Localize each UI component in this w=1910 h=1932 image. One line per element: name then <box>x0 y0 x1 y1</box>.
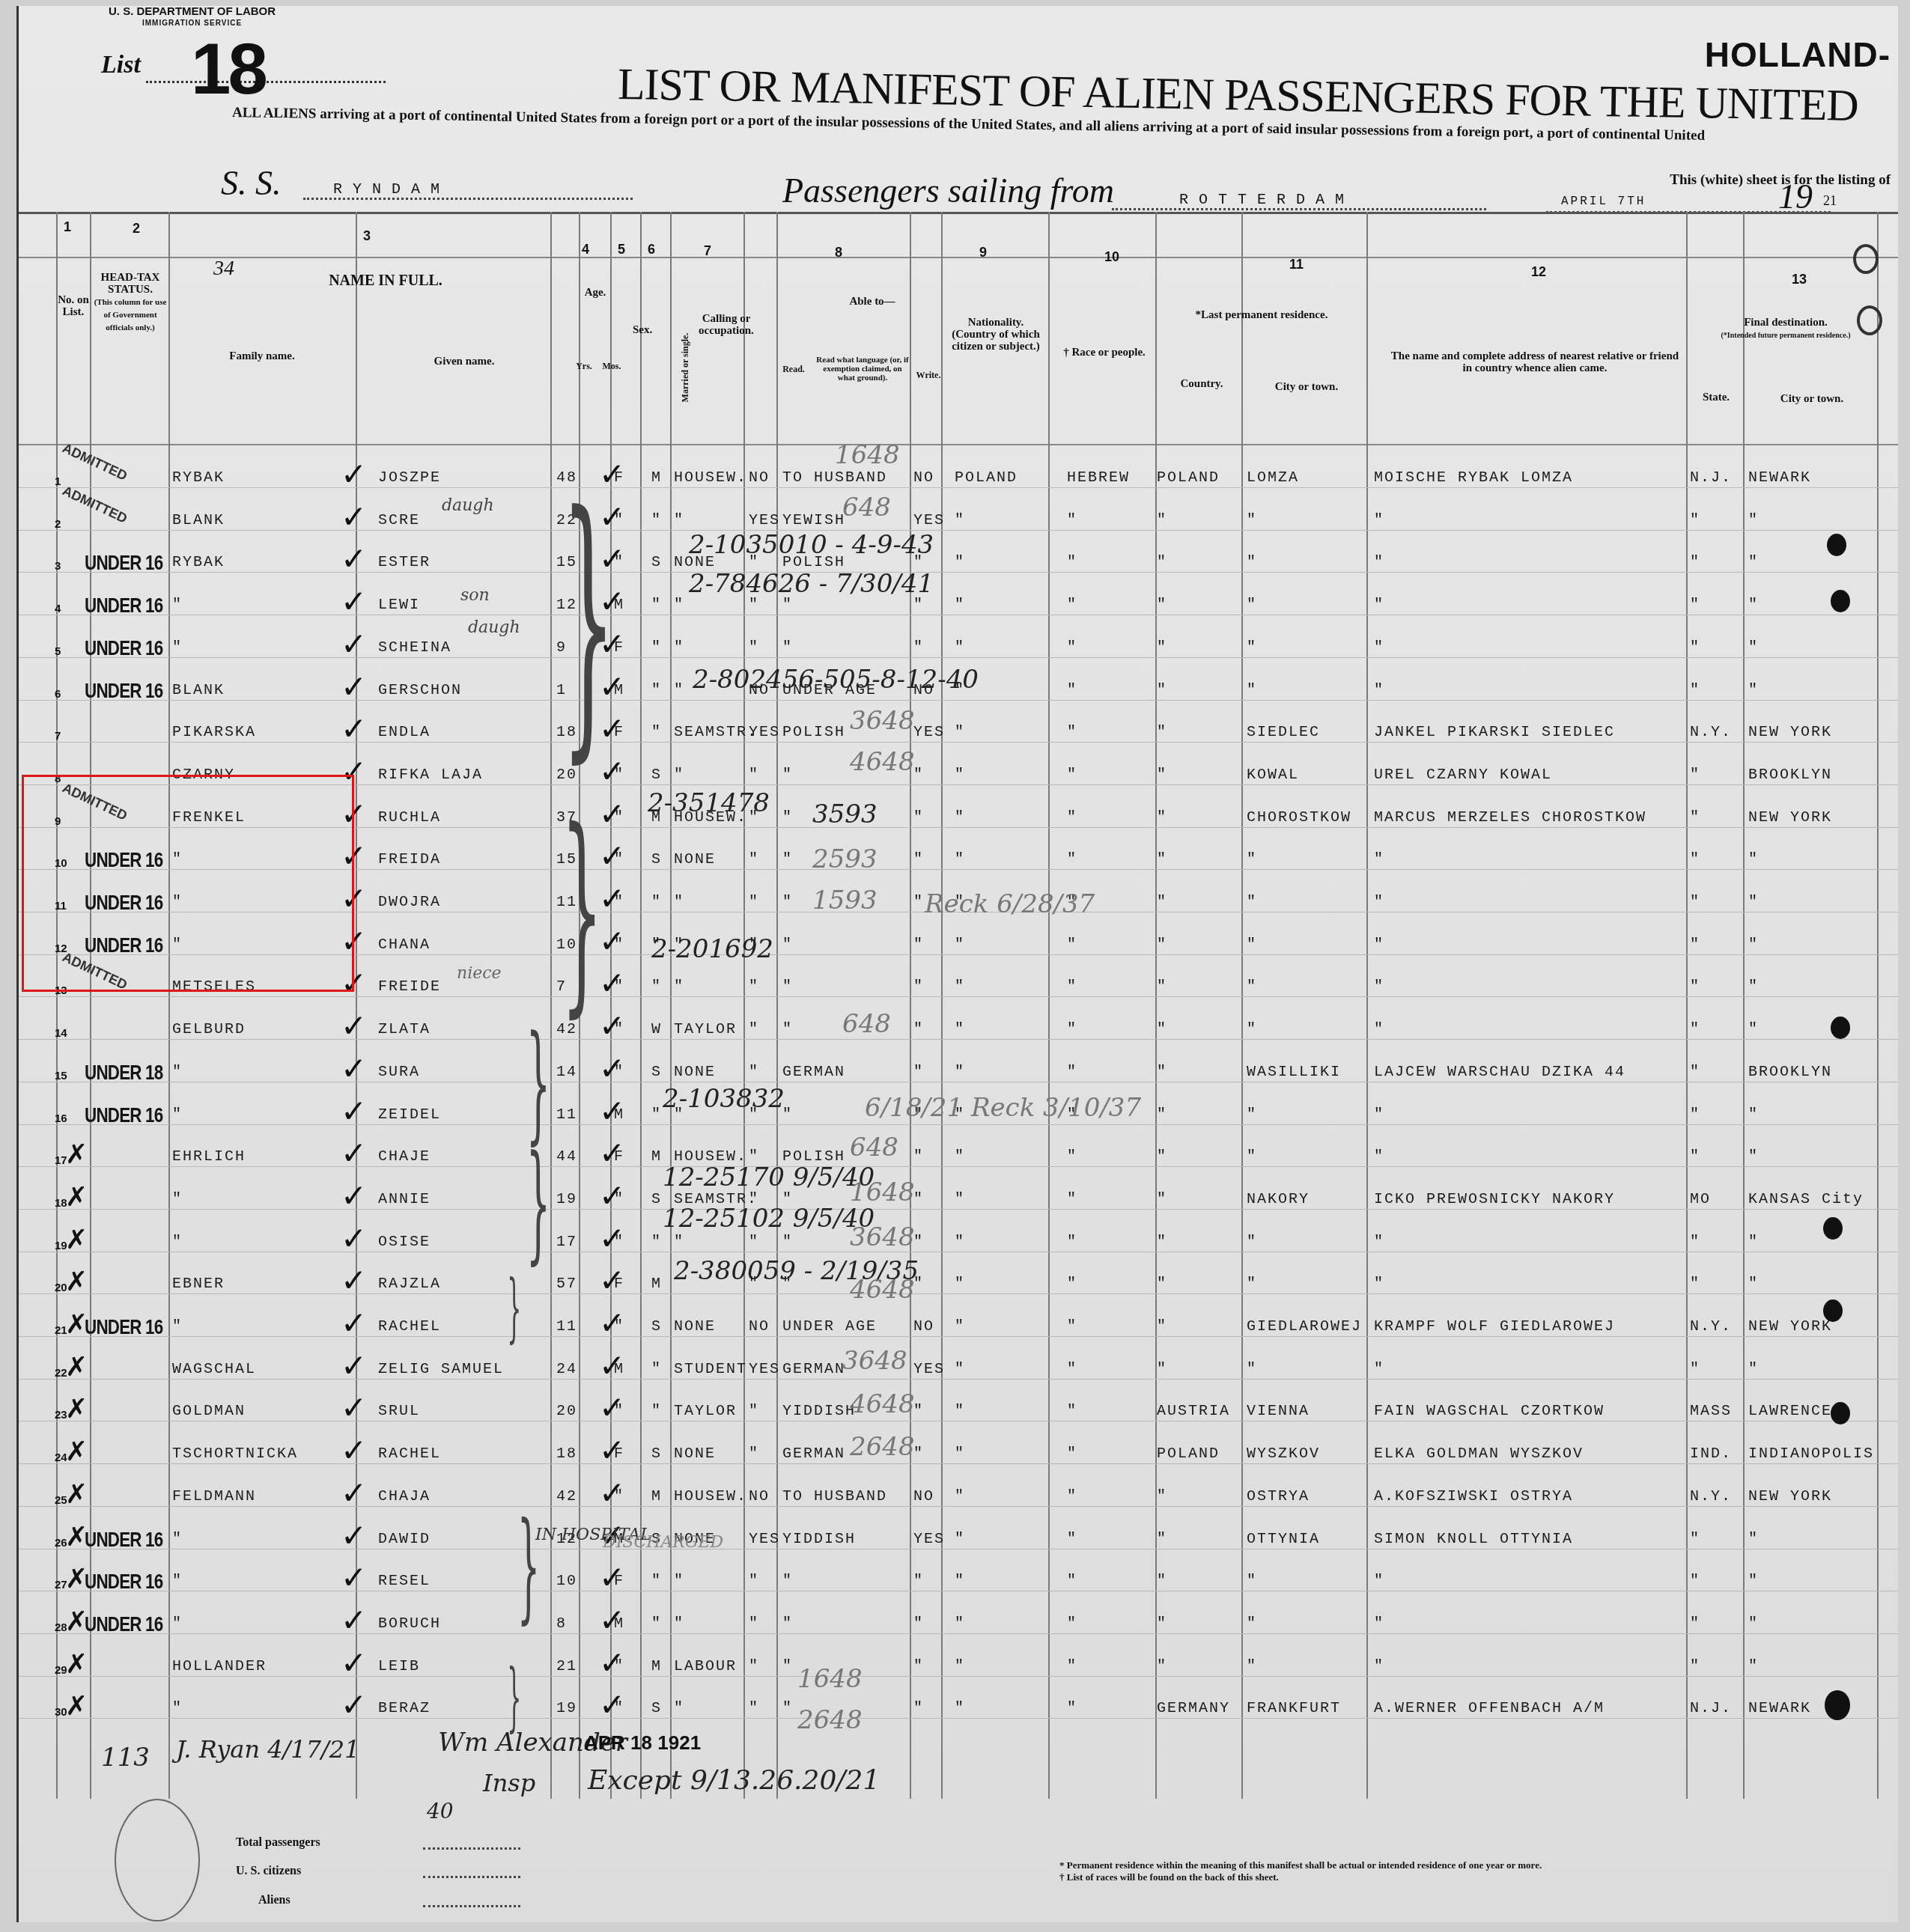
cell-family: " <box>172 1700 183 1717</box>
head-tax-status: UNDER 16 <box>85 636 162 660</box>
handwritten-annotation: 2648 <box>797 1705 863 1735</box>
head-tax-status: UNDER 16 <box>85 1570 162 1594</box>
cell-nat: " <box>955 1021 965 1038</box>
header-bottom-rule <box>19 444 1898 445</box>
header-residence-country: Country. <box>1168 378 1235 390</box>
cell-nat: " <box>955 1234 965 1251</box>
cell-lang: GERMAN <box>782 1445 845 1463</box>
cell-state: N.Y. <box>1690 724 1732 741</box>
cell-write: " <box>913 1234 924 1251</box>
cell-ms: M <box>651 1658 662 1675</box>
cell-relative: KRAMPF WOLF GIEDLAROWEJ <box>1374 1318 1615 1335</box>
cell-dest: " <box>1748 554 1759 571</box>
cell-state: MASS <box>1690 1403 1732 1420</box>
cell-given: CHANA <box>378 936 431 954</box>
cell-nat: " <box>955 1148 965 1165</box>
header-head-tax: HEAD-TAX STATUS. (This column for use of… <box>94 272 167 334</box>
cell-country: " <box>1157 1531 1167 1548</box>
cell-write: " <box>913 851 924 868</box>
cell-race: " <box>1067 1573 1077 1590</box>
cross-mark-icon: ✗ <box>65 1182 88 1213</box>
row-rule <box>19 615 1898 615</box>
final-destination-note: (*Intended future permanent residence.) <box>1721 332 1851 340</box>
cell-ms: " <box>651 1234 662 1251</box>
cell-given: BORUCH <box>378 1615 441 1633</box>
cell-sex: " <box>614 1403 624 1420</box>
sailing-label: Passengers sailing from <box>782 171 1114 210</box>
cell-relative: " <box>1374 851 1384 868</box>
cell-dest: " <box>1748 597 1759 614</box>
cell-country: " <box>1157 936 1167 954</box>
cell-country: AUSTRIA <box>1157 1403 1230 1420</box>
handwritten-annotation: 3648 <box>842 1346 907 1376</box>
ship-line: S. S. RYNDAM Passengers sailing from ROT… <box>333 163 1891 208</box>
row-number: 4 <box>55 603 61 615</box>
cell-nat: " <box>955 1615 965 1633</box>
cell-nat: " <box>955 597 965 614</box>
checkmark-icon: ✓ <box>341 1093 367 1130</box>
row-number: 6 <box>55 688 61 701</box>
cell-age: 10 <box>556 1573 577 1590</box>
cell-city: LOMZA <box>1247 469 1299 487</box>
cell-read: YES <box>749 512 780 529</box>
cell-dest: NEW YORK <box>1748 1488 1832 1505</box>
cell-family: " <box>172 1615 183 1633</box>
header-yrs: Yrs. <box>569 360 599 372</box>
cell-relative: FAIN WAGSCHAL CZORTKOW <box>1374 1403 1605 1420</box>
col-divider <box>1241 212 1243 1799</box>
cell-occ: TAYLOR <box>674 1403 737 1420</box>
cell-given: OSISE <box>378 1234 431 1251</box>
cell-nat: " <box>955 639 965 656</box>
cell-city: " <box>1247 1276 1257 1293</box>
head-tax-status: UNDER 16 <box>85 679 162 703</box>
cell-ms: S <box>651 1445 662 1463</box>
us-citizens-line <box>423 1876 520 1878</box>
row-number: 5 <box>55 645 61 658</box>
cell-write: " <box>913 639 924 656</box>
cell-state: " <box>1690 554 1700 571</box>
punch-hole-icon <box>1831 1402 1850 1424</box>
cell-city: " <box>1247 682 1257 699</box>
row-rule <box>19 1591 1898 1591</box>
checkmark-icon: ✓ <box>341 710 367 747</box>
checkmark-icon: ✓ <box>341 1602 367 1639</box>
cell-relative: MOISCHE RYBAK LOMZA <box>1374 469 1573 487</box>
cross-mark-icon: ✗ <box>65 1352 88 1383</box>
cell-race: " <box>1067 1148 1077 1165</box>
cell-occ: " <box>674 1234 684 1251</box>
cell-country: " <box>1157 851 1167 868</box>
cell-lang: UNDER AGE <box>782 1318 877 1335</box>
checkmark-icon: ✓ <box>341 1432 367 1469</box>
cell-race: " <box>1067 978 1077 996</box>
cell-city: " <box>1247 1234 1257 1251</box>
checkmark-icon: ✓ <box>341 626 367 662</box>
cell-relative: " <box>1374 894 1384 911</box>
checkmark-icon: ✓ <box>341 1686 367 1723</box>
cell-age: 8 <box>556 1615 567 1633</box>
cell-dest: " <box>1748 1276 1759 1293</box>
cell-write: NO <box>913 469 934 487</box>
cell-state: " <box>1690 1658 1700 1675</box>
cell-nat: " <box>955 767 965 784</box>
header-age: Age. <box>577 287 614 299</box>
cell-given: RACHEL <box>378 1318 441 1335</box>
handwritten-annotation: 12-25170 9/5/40 <box>663 1162 875 1192</box>
cross-mark-icon: ✗ <box>65 1479 88 1510</box>
cell-family: BLANK <box>172 512 225 529</box>
cell-occ: LABOUR <box>674 1658 737 1675</box>
cell-race: " <box>1067 639 1077 656</box>
cell-family: RYBAK <box>172 554 225 571</box>
col-divider <box>56 212 58 1799</box>
cell-state: " <box>1690 1361 1700 1378</box>
cell-write: " <box>913 1403 924 1420</box>
cell-nat: " <box>955 1361 965 1378</box>
cell-country: " <box>1157 1021 1167 1038</box>
handwritten-annotation: 1648 <box>835 440 900 470</box>
cell-family: " <box>172 1531 183 1548</box>
column-number: 11 <box>1289 257 1304 272</box>
row-rule <box>19 1421 1898 1421</box>
cell-state: " <box>1690 1106 1700 1124</box>
cell-relative: ELKA GOLDMAN WYSZKOV <box>1374 1445 1584 1463</box>
cell-city: WYSZKOV <box>1247 1445 1320 1463</box>
cell-dest: NEW YORK <box>1748 1318 1832 1335</box>
cell-sex: " <box>614 894 624 911</box>
handwritten-note: daugh <box>442 496 494 515</box>
cell-nat: " <box>955 1700 965 1717</box>
cell-city: " <box>1247 1615 1257 1633</box>
handwritten-note: son <box>460 586 490 605</box>
cell-age: 20 <box>556 1403 577 1420</box>
cell-race: " <box>1067 767 1077 784</box>
cell-race: " <box>1067 1234 1077 1251</box>
cell-race: " <box>1067 1361 1077 1378</box>
cell-nat: " <box>955 936 965 954</box>
cell-read: " <box>749 639 759 656</box>
cell-occ: NONE <box>674 1064 716 1081</box>
cell-write: " <box>913 1573 924 1590</box>
list-dots <box>146 81 386 83</box>
cell-state: N.Y. <box>1690 1488 1732 1505</box>
cell-city: OSTRYA <box>1247 1488 1310 1505</box>
row-rule <box>19 1293 1898 1294</box>
list-label: List <box>101 51 141 79</box>
cell-dest: " <box>1748 894 1759 911</box>
cell-given: FREIDA <box>378 851 441 868</box>
cross-mark-icon: ✗ <box>65 1225 88 1255</box>
checkmark-icon: ✓ <box>341 1050 367 1087</box>
cell-country: " <box>1157 1573 1167 1590</box>
cell-occ: TAYLOR <box>674 1021 737 1038</box>
cell-race: " <box>1067 1021 1077 1038</box>
row-rule <box>19 1633 1898 1634</box>
cell-read: " <box>749 1615 759 1633</box>
cell-country: " <box>1157 1106 1167 1124</box>
cell-dest: " <box>1748 1234 1759 1251</box>
cell-nat: " <box>955 809 965 826</box>
handwritten-note: niece <box>457 964 502 983</box>
bottom-left-note: 113 <box>101 1743 150 1773</box>
cell-race: " <box>1067 597 1077 614</box>
cell-write: " <box>913 809 924 826</box>
cell-family: " <box>172 639 183 656</box>
cell-write: " <box>913 936 924 954</box>
col-divider <box>550 212 552 1799</box>
cell-read: " <box>749 894 759 911</box>
col-divider <box>910 212 911 1799</box>
cell-state: " <box>1690 1064 1700 1081</box>
cell-given: CHAJE <box>378 1148 431 1165</box>
cell-age: 19 <box>556 1191 577 1208</box>
cell-country: " <box>1157 1148 1167 1165</box>
head-tax-note: (This column for use of Government offic… <box>94 298 167 332</box>
cell-ms: " <box>651 894 662 911</box>
cell-write: " <box>913 1148 924 1165</box>
cell-relative: " <box>1374 1148 1384 1165</box>
cell-read: NO <box>749 1488 770 1505</box>
cell-state: " <box>1690 512 1700 529</box>
cell-family: " <box>172 1234 183 1251</box>
row-rule <box>19 1463 1898 1464</box>
cell-family: TSCHORTNICKA <box>172 1445 298 1463</box>
punch-hole-icon <box>1823 1299 1843 1322</box>
ss-label: S. S. <box>221 163 282 203</box>
cell-read: YES <box>749 724 780 741</box>
punch-hole-icon <box>1831 1017 1850 1039</box>
cell-nat: " <box>955 1488 965 1505</box>
cell-lang: " <box>782 1573 793 1590</box>
cell-write: " <box>913 978 924 996</box>
checkmark-icon: ✓ <box>341 1220 367 1257</box>
cell-dest: " <box>1748 978 1759 996</box>
col-divider <box>90 212 91 1799</box>
cell-sex: " <box>614 936 624 954</box>
cell-lang: " <box>782 978 793 996</box>
cell-ms: S <box>651 851 662 868</box>
head-tax-status: UNDER 16 <box>85 1103 162 1127</box>
handwritten-annotation: 6/18/21 Reck 3/10/37 <box>865 1093 1141 1123</box>
cell-country: " <box>1157 1064 1167 1081</box>
checkmark-icon: ✓ <box>341 668 367 705</box>
cell-city: " <box>1247 851 1257 868</box>
cell-occ: " <box>674 597 684 614</box>
cell-write: NO <box>913 1318 934 1335</box>
cell-occ: " <box>674 1573 684 1590</box>
cell-state: N.J. <box>1690 469 1732 487</box>
cell-occ: HOUSEW. <box>674 1488 747 1505</box>
family-brace-icon: } <box>517 1496 541 1636</box>
row-rule <box>19 1209 1898 1210</box>
cell-ms: S <box>651 554 662 571</box>
cell-given: RIFKA LAJA <box>378 767 483 784</box>
ship-name: RYNDAM <box>333 181 450 198</box>
col-divider <box>941 212 943 1799</box>
cell-write: YES <box>913 512 945 529</box>
cell-race: " <box>1067 1615 1077 1633</box>
cell-age: 21 <box>556 1658 577 1675</box>
row-rule <box>19 1676 1898 1677</box>
cell-occ: NONE <box>674 1318 716 1335</box>
cell-family: PIKARSKA <box>172 724 256 741</box>
line-name: HOLLAND- <box>1705 34 1891 75</box>
cell-race: " <box>1067 851 1077 868</box>
header-name-in-full: NAME IN FULL. <box>273 275 498 287</box>
cell-given: RUCHLA <box>378 809 441 826</box>
cross-mark-icon: ✗ <box>65 1436 88 1467</box>
cell-ms: M <box>651 1148 662 1165</box>
cell-nat: " <box>955 1658 965 1675</box>
cell-read: YES <box>749 1361 780 1378</box>
name-count: 34 <box>213 257 234 281</box>
cell-given: BERAZ <box>378 1700 431 1717</box>
handwritten-annotation: 2-201692 <box>651 934 773 964</box>
cell-relative: " <box>1374 512 1384 529</box>
cell-read: NO <box>749 1318 770 1335</box>
row-rule <box>19 572 1898 573</box>
row-number: 15 <box>55 1070 67 1082</box>
cell-relative: " <box>1374 1276 1384 1293</box>
cell-state: " <box>1690 1573 1700 1590</box>
cell-nat: " <box>955 1445 965 1463</box>
cell-given: ZELIG SAMUEL <box>378 1361 504 1378</box>
cell-race: " <box>1067 1658 1077 1675</box>
cell-state: " <box>1690 1021 1700 1038</box>
cell-race: " <box>1067 1064 1077 1081</box>
cell-sex: " <box>614 1191 624 1208</box>
cell-city: " <box>1247 1658 1257 1675</box>
family-brace-icon: } <box>562 455 616 787</box>
header-residence-city: City or town. <box>1254 381 1359 393</box>
row-rule <box>19 1506 1898 1507</box>
cell-write: " <box>913 1021 924 1038</box>
col-divider <box>1743 212 1745 1799</box>
cell-family: GOLDMAN <box>172 1403 246 1420</box>
cell-family: " <box>172 1106 183 1124</box>
family-brace-icon: } <box>526 1129 550 1277</box>
row-rule <box>19 742 1898 743</box>
cell-nat: " <box>955 1064 965 1081</box>
checkmark-icon: ✓ <box>341 1135 367 1171</box>
cell-ms: W <box>651 1021 662 1038</box>
cell-family: " <box>172 597 183 614</box>
cell-lang: " <box>782 1615 793 1633</box>
cell-occ: " <box>674 1615 684 1633</box>
cell-race: " <box>1067 809 1077 826</box>
cell-dest: KANSAS City <box>1748 1191 1864 1208</box>
col-divider <box>1048 212 1050 1799</box>
cell-sex: " <box>614 978 624 996</box>
cell-age: 19 <box>556 1700 577 1717</box>
family-brace-icon: } <box>507 1264 521 1351</box>
year-prefix: 19 <box>1778 177 1813 216</box>
cell-given: SCRE <box>378 512 420 529</box>
handwritten-annotation: 12-25102 9/5/40 <box>663 1204 875 1234</box>
cell-city: " <box>1247 936 1257 954</box>
cell-city: " <box>1247 639 1257 656</box>
cell-given: ANNIE <box>378 1191 431 1208</box>
handwritten-annotation: 3648 <box>850 706 915 736</box>
cell-given: ZEIDEL <box>378 1106 441 1124</box>
cell-write: YES <box>913 1361 945 1378</box>
cell-lang: " <box>782 639 793 656</box>
cell-sex: F <box>614 1148 624 1165</box>
cell-ms: M <box>651 1276 662 1293</box>
col-divider <box>1686 212 1688 1799</box>
checkmark-icon: ✓ <box>341 1305 367 1341</box>
cell-given: RESEL <box>378 1573 431 1590</box>
cell-ms: " <box>651 1106 662 1124</box>
cell-ms: " <box>651 724 662 741</box>
cell-dest: " <box>1748 1615 1759 1633</box>
cell-relative: A.KOFSZIWSKI OSTRYA <box>1374 1488 1573 1505</box>
row-number: 16 <box>55 1112 67 1125</box>
cell-occ: " <box>674 894 684 911</box>
cell-state: N.J. <box>1690 1700 1732 1717</box>
checkmark-icon: ✓ <box>341 1389 367 1426</box>
cell-occ: " <box>674 682 684 699</box>
cell-city: NAKORY <box>1247 1191 1310 1208</box>
cell-family: " <box>172 1191 183 1208</box>
handwritten-annotation: 4648 <box>850 1275 915 1305</box>
cell-occ: " <box>674 512 684 529</box>
head-tax-status: UNDER 16 <box>85 551 162 575</box>
head-tax-status: UNDER 18 <box>85 1061 162 1085</box>
cell-relative: " <box>1374 1658 1384 1675</box>
cell-sex: F <box>614 1276 624 1293</box>
cell-read: " <box>749 1234 759 1251</box>
cell-sex: " <box>614 1064 624 1081</box>
cell-city: " <box>1247 512 1257 529</box>
punch-hole-icon <box>1823 1217 1843 1240</box>
cell-city: VIENNA <box>1247 1403 1310 1420</box>
cell-given: ENDLA <box>378 724 431 741</box>
cell-dest: BROOKLYN <box>1748 767 1832 784</box>
cell-read: " <box>749 597 759 614</box>
cell-sex: " <box>614 851 624 868</box>
cell-dest: LAWRENCE <box>1748 1403 1832 1420</box>
cell-race: " <box>1067 1700 1077 1717</box>
department-text: U. S. DEPARTMENT OF LABOR <box>109 5 276 18</box>
cell-city: CHOROSTKOW <box>1247 809 1351 826</box>
header-dest-city: City or town. <box>1752 393 1872 405</box>
column-number: 1 <box>64 219 71 235</box>
cell-city: WASILLIKI <box>1247 1064 1341 1081</box>
cell-ms: " <box>651 1403 662 1420</box>
cell-nat: " <box>955 1318 965 1335</box>
checkmark-icon: ✓ <box>341 499 367 535</box>
cell-sex: " <box>614 809 624 826</box>
cell-family: RYBAK <box>172 469 225 487</box>
cell-race: " <box>1067 1403 1077 1420</box>
cell-lang: " <box>782 1658 793 1675</box>
col-divider <box>1366 212 1368 1799</box>
cell-nat: " <box>955 1573 965 1590</box>
cell-lang: GERMAN <box>782 1064 845 1081</box>
list-number: 18 <box>191 28 265 111</box>
cell-family: BLANK <box>172 682 225 699</box>
cell-given: DAWID <box>378 1531 431 1548</box>
cell-country: " <box>1157 682 1167 699</box>
checkmark-icon: ✓ <box>341 1475 367 1511</box>
cell-dest: " <box>1748 1658 1759 1675</box>
cell-family: EHRLICH <box>172 1148 246 1165</box>
cell-lang: TO HUSBAND <box>782 1488 887 1505</box>
total-passengers-label: Total passengers <box>236 1836 320 1850</box>
cell-dest: INDIANOPOLIS <box>1748 1445 1874 1463</box>
